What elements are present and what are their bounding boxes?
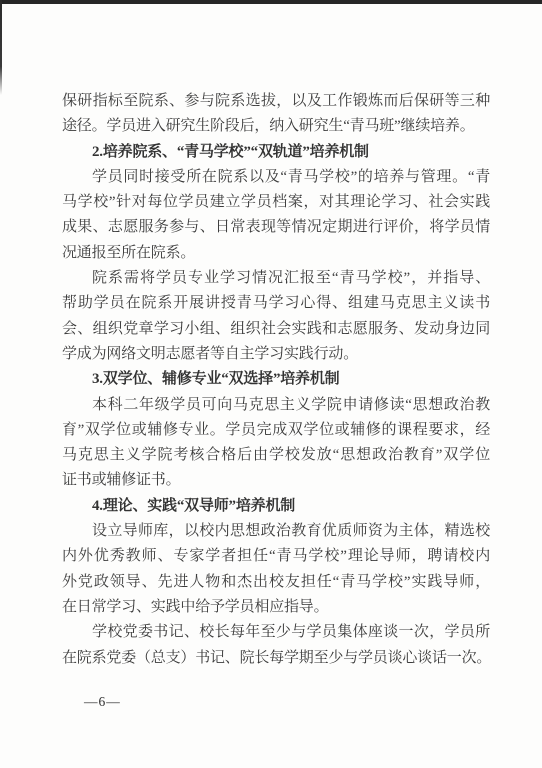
- text-line: 成果、志愿服务参与、日常表现等情况定期进行评价，将学员情: [62, 215, 490, 240]
- text-line: 学员同时接受所在院系以及“青马学校”的培养与管理。“青: [62, 165, 490, 190]
- text-line: 学校党委书记、校长每年至少与学员集体座谈一次，学员所: [62, 620, 490, 645]
- text-line: 况通报至所在院系。: [62, 241, 490, 266]
- document-page: 保研指标至院系、参与院系选拔，以及工作锻炼而后保研等三种 途径。学员进入研究生阶…: [0, 0, 542, 768]
- document-body: 保研指标至院系、参与院系选拔，以及工作锻炼而后保研等三种 途径。学员进入研究生阶…: [62, 89, 490, 671]
- scan-artifact-top-edge: [0, 0, 542, 4]
- text-line: 内外优秀教师、专家学者担任“青马学校”理论导师，聘请校内: [62, 544, 490, 569]
- text-line: 马克思主义学院考核合格后由学校发放“思想政治教育”双学位: [62, 443, 490, 468]
- text-line: 在日常学习、实践中给予学员相应指导。: [62, 595, 490, 620]
- text-line: 设立导师库，以校内思想政治教育优质师资为主体，精选校: [62, 519, 490, 544]
- text-line: 育”双学位或辅修专业。学员完成双学位或辅修的课程要求，经: [62, 418, 490, 443]
- text-line: 马学校”针对每位学员建立学员档案，对其理论学习、社会实践: [62, 190, 490, 215]
- text-line: 在院系党委（总支）书记、院长每学期至少与学员谈心谈话一次。: [62, 646, 490, 671]
- text-line: 学成为网络文明志愿者等自主学习实践行动。: [62, 342, 490, 367]
- scan-artifact-left-edge: [0, 0, 2, 95]
- page-number: —6—: [84, 694, 121, 710]
- text-line: 保研指标至院系、参与院系选拔，以及工作锻炼而后保研等三种: [62, 89, 490, 114]
- section-heading-4: 4.理论、实践“双导师”培养机制: [62, 494, 490, 519]
- text-line: 会、组织党章学习小组、组织社会实践和志愿服务、发动身边同: [62, 317, 490, 342]
- text-line: 外党政领导、先进人物和杰出校友担任“青马学校”实践导师，: [62, 570, 490, 595]
- text-line: 帮助学员在院系开展讲授青马学习心得、组建马克思主义读书: [62, 291, 490, 316]
- text-line: 院系需将学员专业学习情况汇报至“青马学校”，并指导、: [62, 266, 490, 291]
- text-line: 途径。学员进入研究生阶段后，纳入研究生“青马班”继续培养。: [62, 114, 490, 139]
- text-line: 本科二年级学员可向马克思主义学院申请修读“思想政治教: [62, 393, 490, 418]
- section-heading-3: 3.双学位、辅修专业“双选择”培养机制: [62, 367, 490, 392]
- text-line: 证书或辅修证书。: [62, 468, 490, 493]
- section-heading-2: 2.培养院系、“青马学校”“双轨道”培养机制: [62, 140, 490, 165]
